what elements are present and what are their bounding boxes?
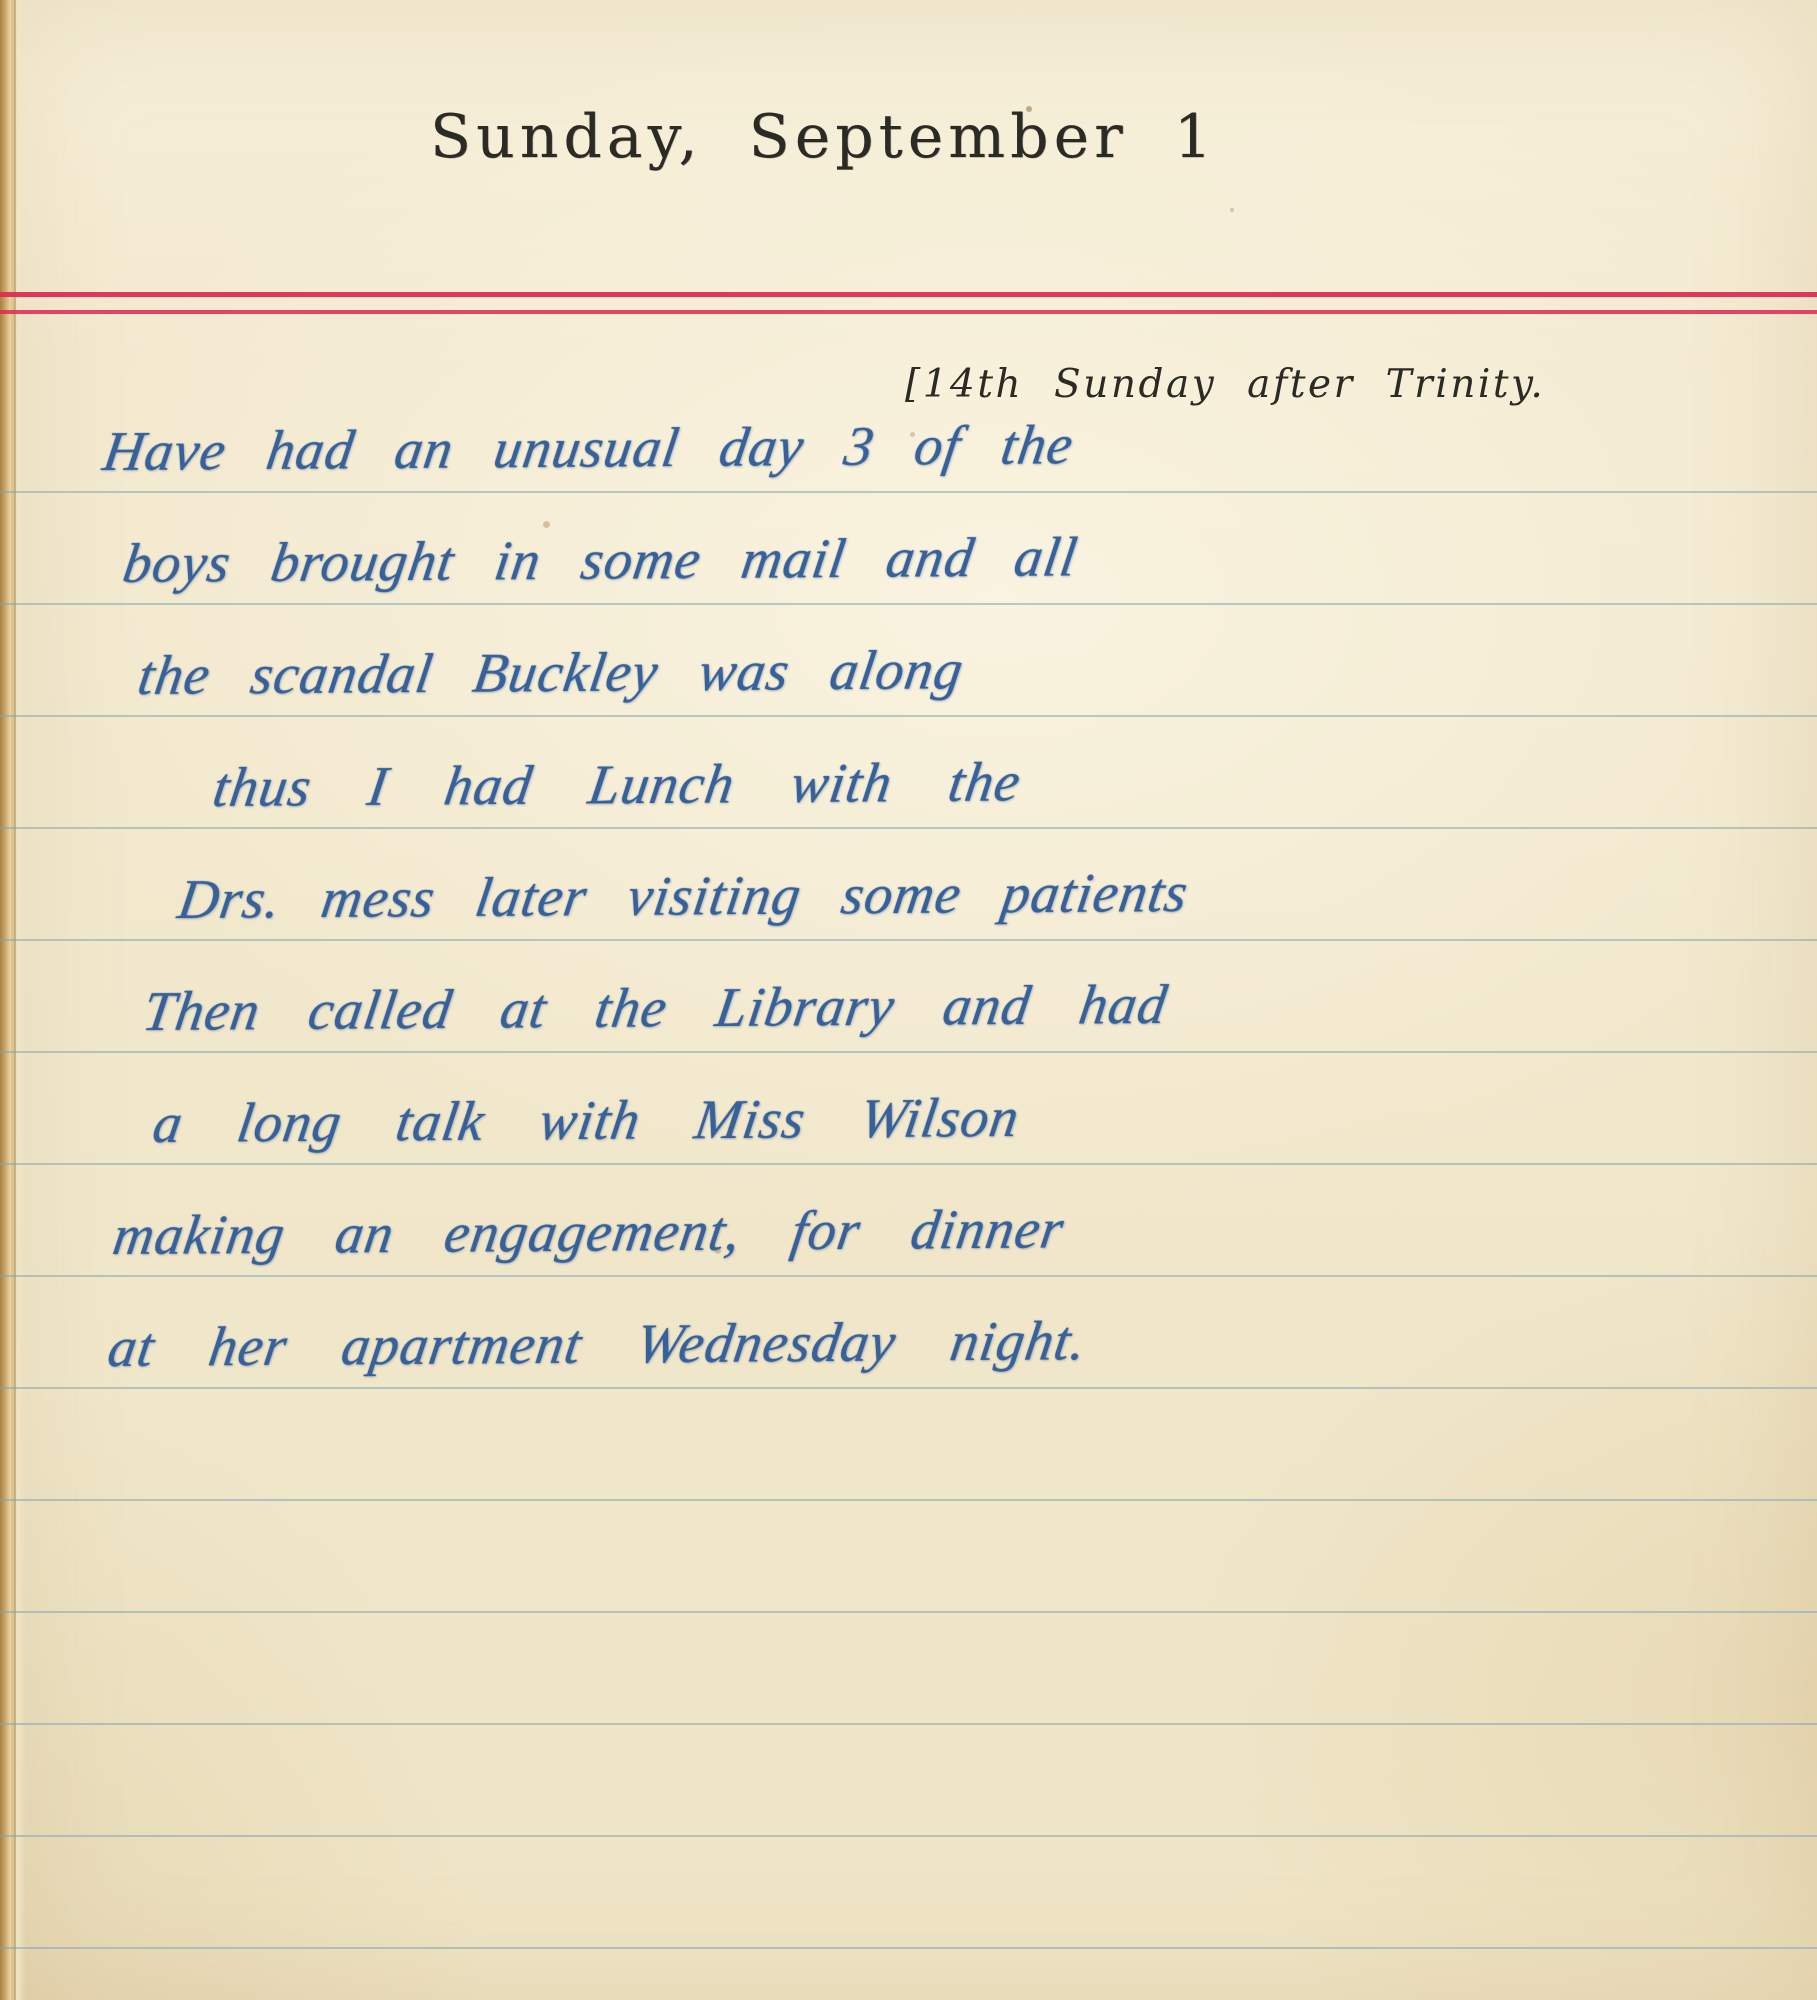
entry-line: Drs. mess later visiting some patients [170,861,1193,958]
entry-line: boys brought in some mail and all [115,525,1082,622]
diary-page: Sunday, September 1 [14th Sunday after T… [0,0,1817,2000]
entry-line: the scandal Buckley was along [130,638,968,734]
diary-entry: Have had an unusual day 3 of the boys br… [0,0,1817,2000]
paper-speck [1230,208,1234,212]
paper-speck [1026,106,1032,112]
entry-line: a long talk with Miss Wilson [145,1086,1024,1182]
entry-line: Have had an unusual day 3 of the [95,413,1078,510]
entry-line: Then called at the Library and had [135,973,1172,1070]
paper-speck [715,1249,721,1254]
entry-line: at her apartment Wednesday night. [100,1309,1091,1406]
entry-line: making an engagement, for dinner [105,1197,1069,1294]
paper-speck [543,521,550,528]
paper-speck [910,432,915,437]
entry-line: thus I had Lunch with the [205,750,1025,846]
